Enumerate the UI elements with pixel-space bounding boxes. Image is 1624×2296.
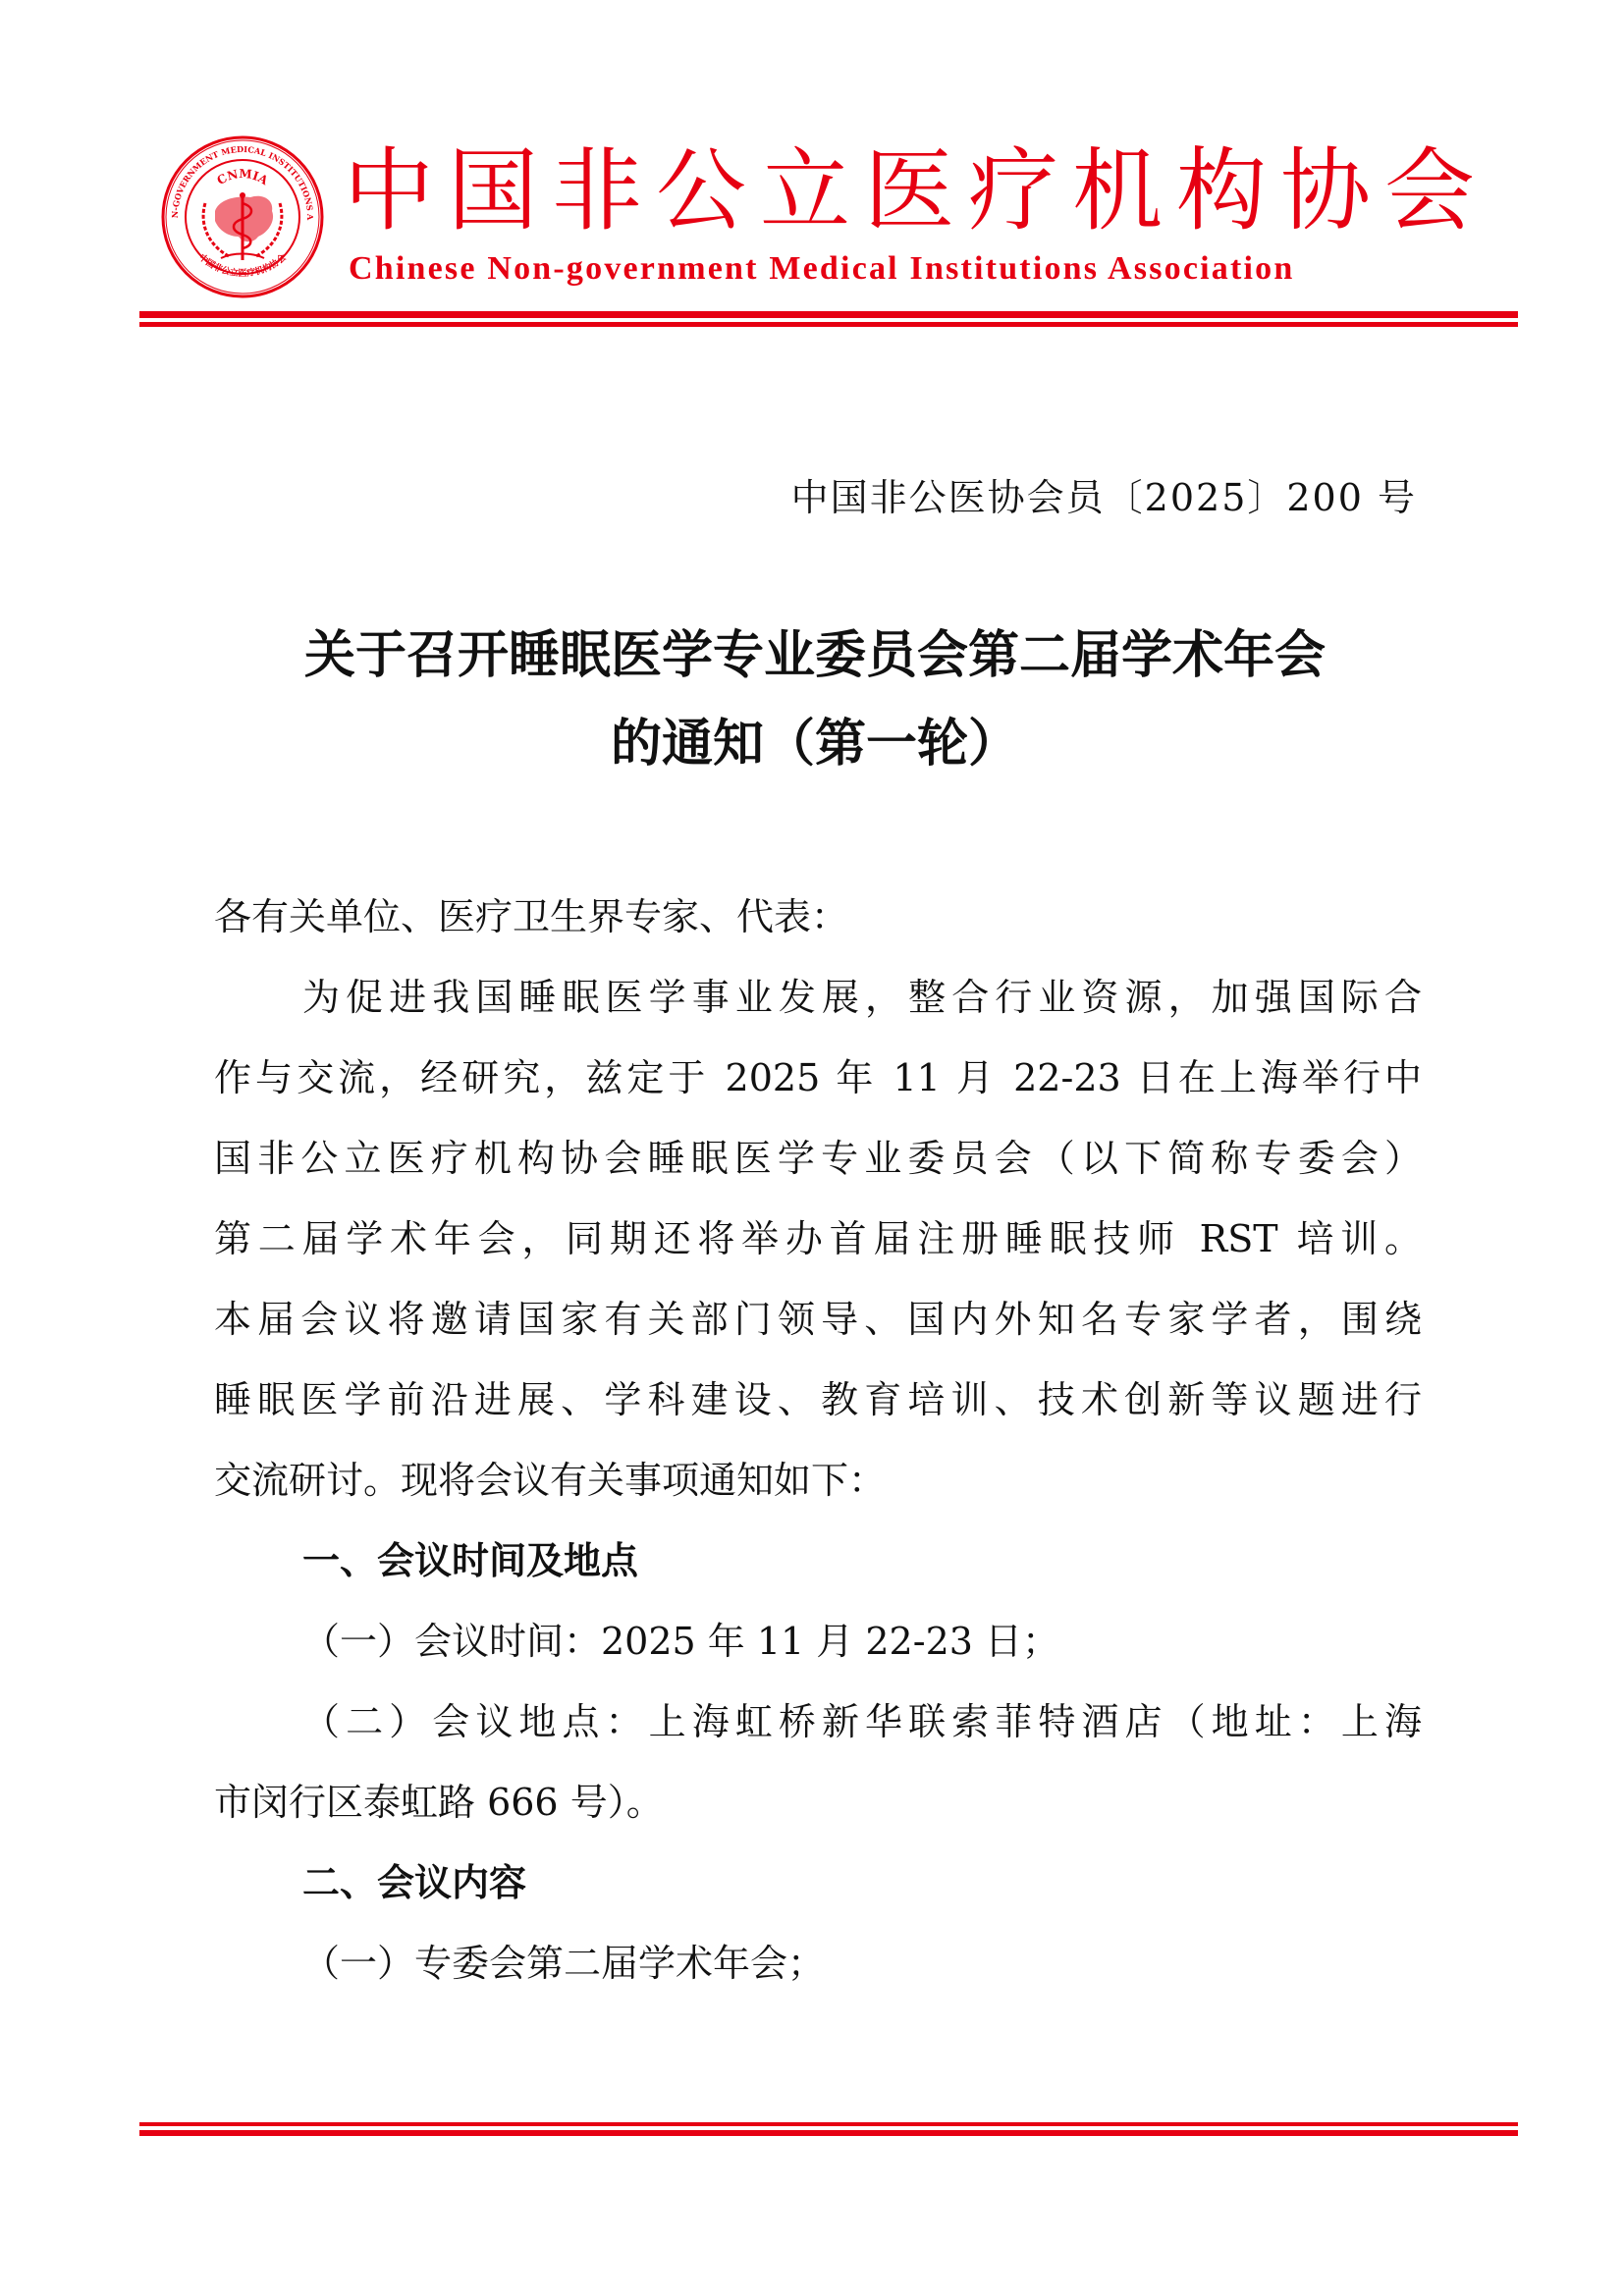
section-heading: 二、会议内容	[302, 1858, 1422, 1907]
org-name-chinese: 中国非公立医疗机构协会	[344, 137, 1492, 245]
section-item-continuation: 市闵行区泰虹路 666 号）。	[214, 1778, 1422, 1827]
intro-line: 作与交流，经研究，兹定于 2025 年 11 月 22-23 日在上海举行中	[214, 1053, 1422, 1102]
footer-rule-thick	[139, 2130, 1518, 2136]
section-item: （一）会议时间：2025 年 11 月 22-23 日；	[302, 1617, 1422, 1666]
intro-line: 国非公立医疗机构协会睡眠医学专业委员会（以下简称专委会）	[214, 1134, 1422, 1183]
section-item: （二）会议地点：上海虹桥新华联索菲特酒店（地址：上海	[302, 1697, 1422, 1746]
intro-line: 本届会议将邀请国家有关部门领导、国内外知名专家学者，围绕	[214, 1295, 1422, 1344]
intro-line: 交流研讨。现将会议有关事项通知如下：	[214, 1456, 1422, 1505]
association-logo: CHINESE NON-GOVERNMENT MEDICAL INSTITUTI…	[160, 134, 325, 299]
header-rule-thick	[139, 311, 1518, 318]
footer-rule-thin	[139, 2122, 1518, 2126]
document-title-line-2: 的通知（第一轮）	[196, 699, 1434, 789]
salutation: 各有关单位、医疗卫生界专家、代表：	[214, 892, 1422, 941]
document-number: 中国非公医协会员〔2025〕200 号	[791, 473, 1417, 522]
intro-line: 为促进我国睡眠医学事业发展，整合行业资源，加强国际合	[302, 973, 1422, 1022]
section-heading: 一、会议时间及地点	[302, 1536, 1422, 1585]
svg-text:CNMIA: CNMIA	[215, 167, 271, 188]
document-title-line-1: 关于召开睡眠医学专业委员会第二届学术年会	[196, 611, 1434, 701]
intro-line: 睡眠医学前沿进展、学科建设、教育培训、技术创新等议题进行	[214, 1375, 1422, 1424]
org-name-english: Chinese Non-government Medical Instituti…	[349, 247, 1492, 291]
cnmia-emblem-icon: CHINESE NON-GOVERNMENT MEDICAL INSTITUTI…	[160, 134, 325, 299]
header-rule-thin	[139, 322, 1518, 327]
intro-line: 第二届学术年会，同期还将举办首届注册睡眠技师 RST 培训。	[214, 1214, 1422, 1263]
section-item: （一）专委会第二届学术年会；	[302, 1939, 1422, 1988]
